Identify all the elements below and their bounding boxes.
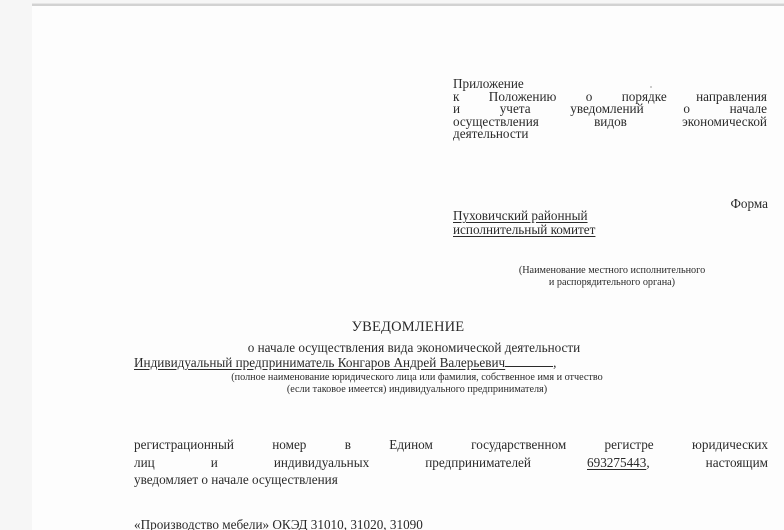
- registration-line: лиц и индивидуальных предпринимателей 69…: [134, 454, 768, 472]
- document-viewer: Приложение к Положению о порядке направл…: [0, 0, 784, 530]
- entrepreneur-caption-line: (если таковое имеется) индивидуального п…: [132, 384, 702, 396]
- document-page: Приложение к Положению о порядке направл…: [32, 4, 784, 530]
- registration-number: 693275443: [587, 455, 646, 470]
- entrepreneur-name: Индивидуальный предприниматель Конгаров …: [134, 355, 505, 370]
- registration-text: лиц и индивидуальных предпринимателей: [134, 455, 531, 470]
- document-subtitle: о начале осуществления вида экономическо…: [32, 340, 784, 356]
- document-title: УВЕДОМЛЕНИЕ: [32, 319, 784, 336]
- activity-line: «Производство мебели» ОКЭД 31010, 31020,…: [134, 517, 423, 530]
- authority-caption: (Наименование местного исполнительного и…: [462, 265, 762, 289]
- authority-name: Пуховичский районный исполнительный коми…: [453, 209, 595, 237]
- fill-line: [505, 356, 553, 367]
- registration-paragraph: регистрационный номер в Едином государст…: [134, 436, 768, 489]
- authority-caption-line: (Наименование местного исполнительного: [462, 265, 762, 277]
- authority-line: исполнительный комитет: [453, 223, 595, 237]
- registration-line: уведомляет о начале осуществления: [134, 471, 768, 489]
- registration-text: , настоящим: [646, 455, 768, 470]
- entrepreneur-caption: (полное наименование юридического лица и…: [132, 372, 702, 396]
- entrepreneur-punctuation: ,: [553, 355, 556, 370]
- entrepreneur-caption-line: (полное наименование юридического лица и…: [132, 372, 702, 384]
- authority-line: Пуховичский районный: [453, 209, 595, 223]
- authority-caption-line: и распорядительного органа): [462, 277, 762, 289]
- entrepreneur-line: Индивидуальный предприниматель Конгаров …: [134, 355, 754, 371]
- appendix-line: деятельности: [453, 128, 767, 141]
- form-label: Форма: [730, 196, 768, 212]
- registration-line: регистрационный номер в Едином государст…: [134, 436, 768, 454]
- appendix-header: Приложение к Положению о порядке направл…: [453, 78, 767, 141]
